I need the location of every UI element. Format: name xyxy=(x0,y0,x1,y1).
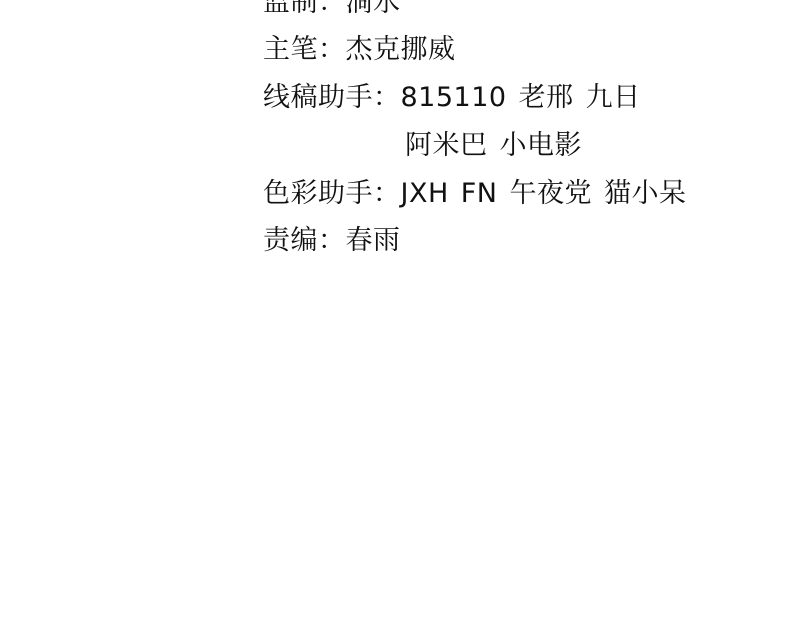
credit-line-supervisor: 监制：淌水 xyxy=(263,0,401,20)
credit-line-lead-artist: 主笔：杰克挪威 xyxy=(263,33,456,67)
credit-name: 午夜党 xyxy=(510,178,593,209)
credit-names: 815110老邢九日 xyxy=(401,82,641,113)
credit-names: JXHFN午夜党猫小呆 xyxy=(401,178,687,209)
credit-name: 杰克挪威 xyxy=(346,34,456,65)
credit-name: 淌水 xyxy=(346,0,401,18)
credit-name: FN xyxy=(461,178,498,209)
credit-role: 色彩助手： xyxy=(263,178,401,209)
credit-name: 九日 xyxy=(586,82,641,113)
credit-role: 主笔： xyxy=(263,34,346,65)
credit-name: 815110 xyxy=(401,82,507,113)
credit-names: 春雨 xyxy=(346,225,401,256)
credit-name: 小电影 xyxy=(500,130,583,161)
credit-name: JXH xyxy=(401,178,449,209)
credit-name: 猫小呆 xyxy=(604,178,687,209)
credit-role: 线稿助手： xyxy=(263,82,401,113)
credit-name: 老邢 xyxy=(519,82,574,113)
credit-role: 监制： xyxy=(263,0,346,18)
credit-names: 阿米巴小电影 xyxy=(405,130,582,161)
credit-line-color-assistants: 色彩助手：JXHFN午夜党猫小呆 xyxy=(263,177,687,211)
credit-role: 责编： xyxy=(263,225,346,256)
credit-names: 杰克挪威 xyxy=(346,34,456,65)
credit-names: 淌水 xyxy=(346,0,401,18)
credit-name: 春雨 xyxy=(346,225,401,256)
credit-line-lineart-assistants: 线稿助手：815110老邢九日 xyxy=(263,81,641,115)
credit-line-editor: 责编：春雨 xyxy=(263,224,401,258)
credit-name: 阿米巴 xyxy=(405,130,488,161)
credit-line-lineart-assistants-continued: 阿米巴小电影 xyxy=(405,129,582,163)
